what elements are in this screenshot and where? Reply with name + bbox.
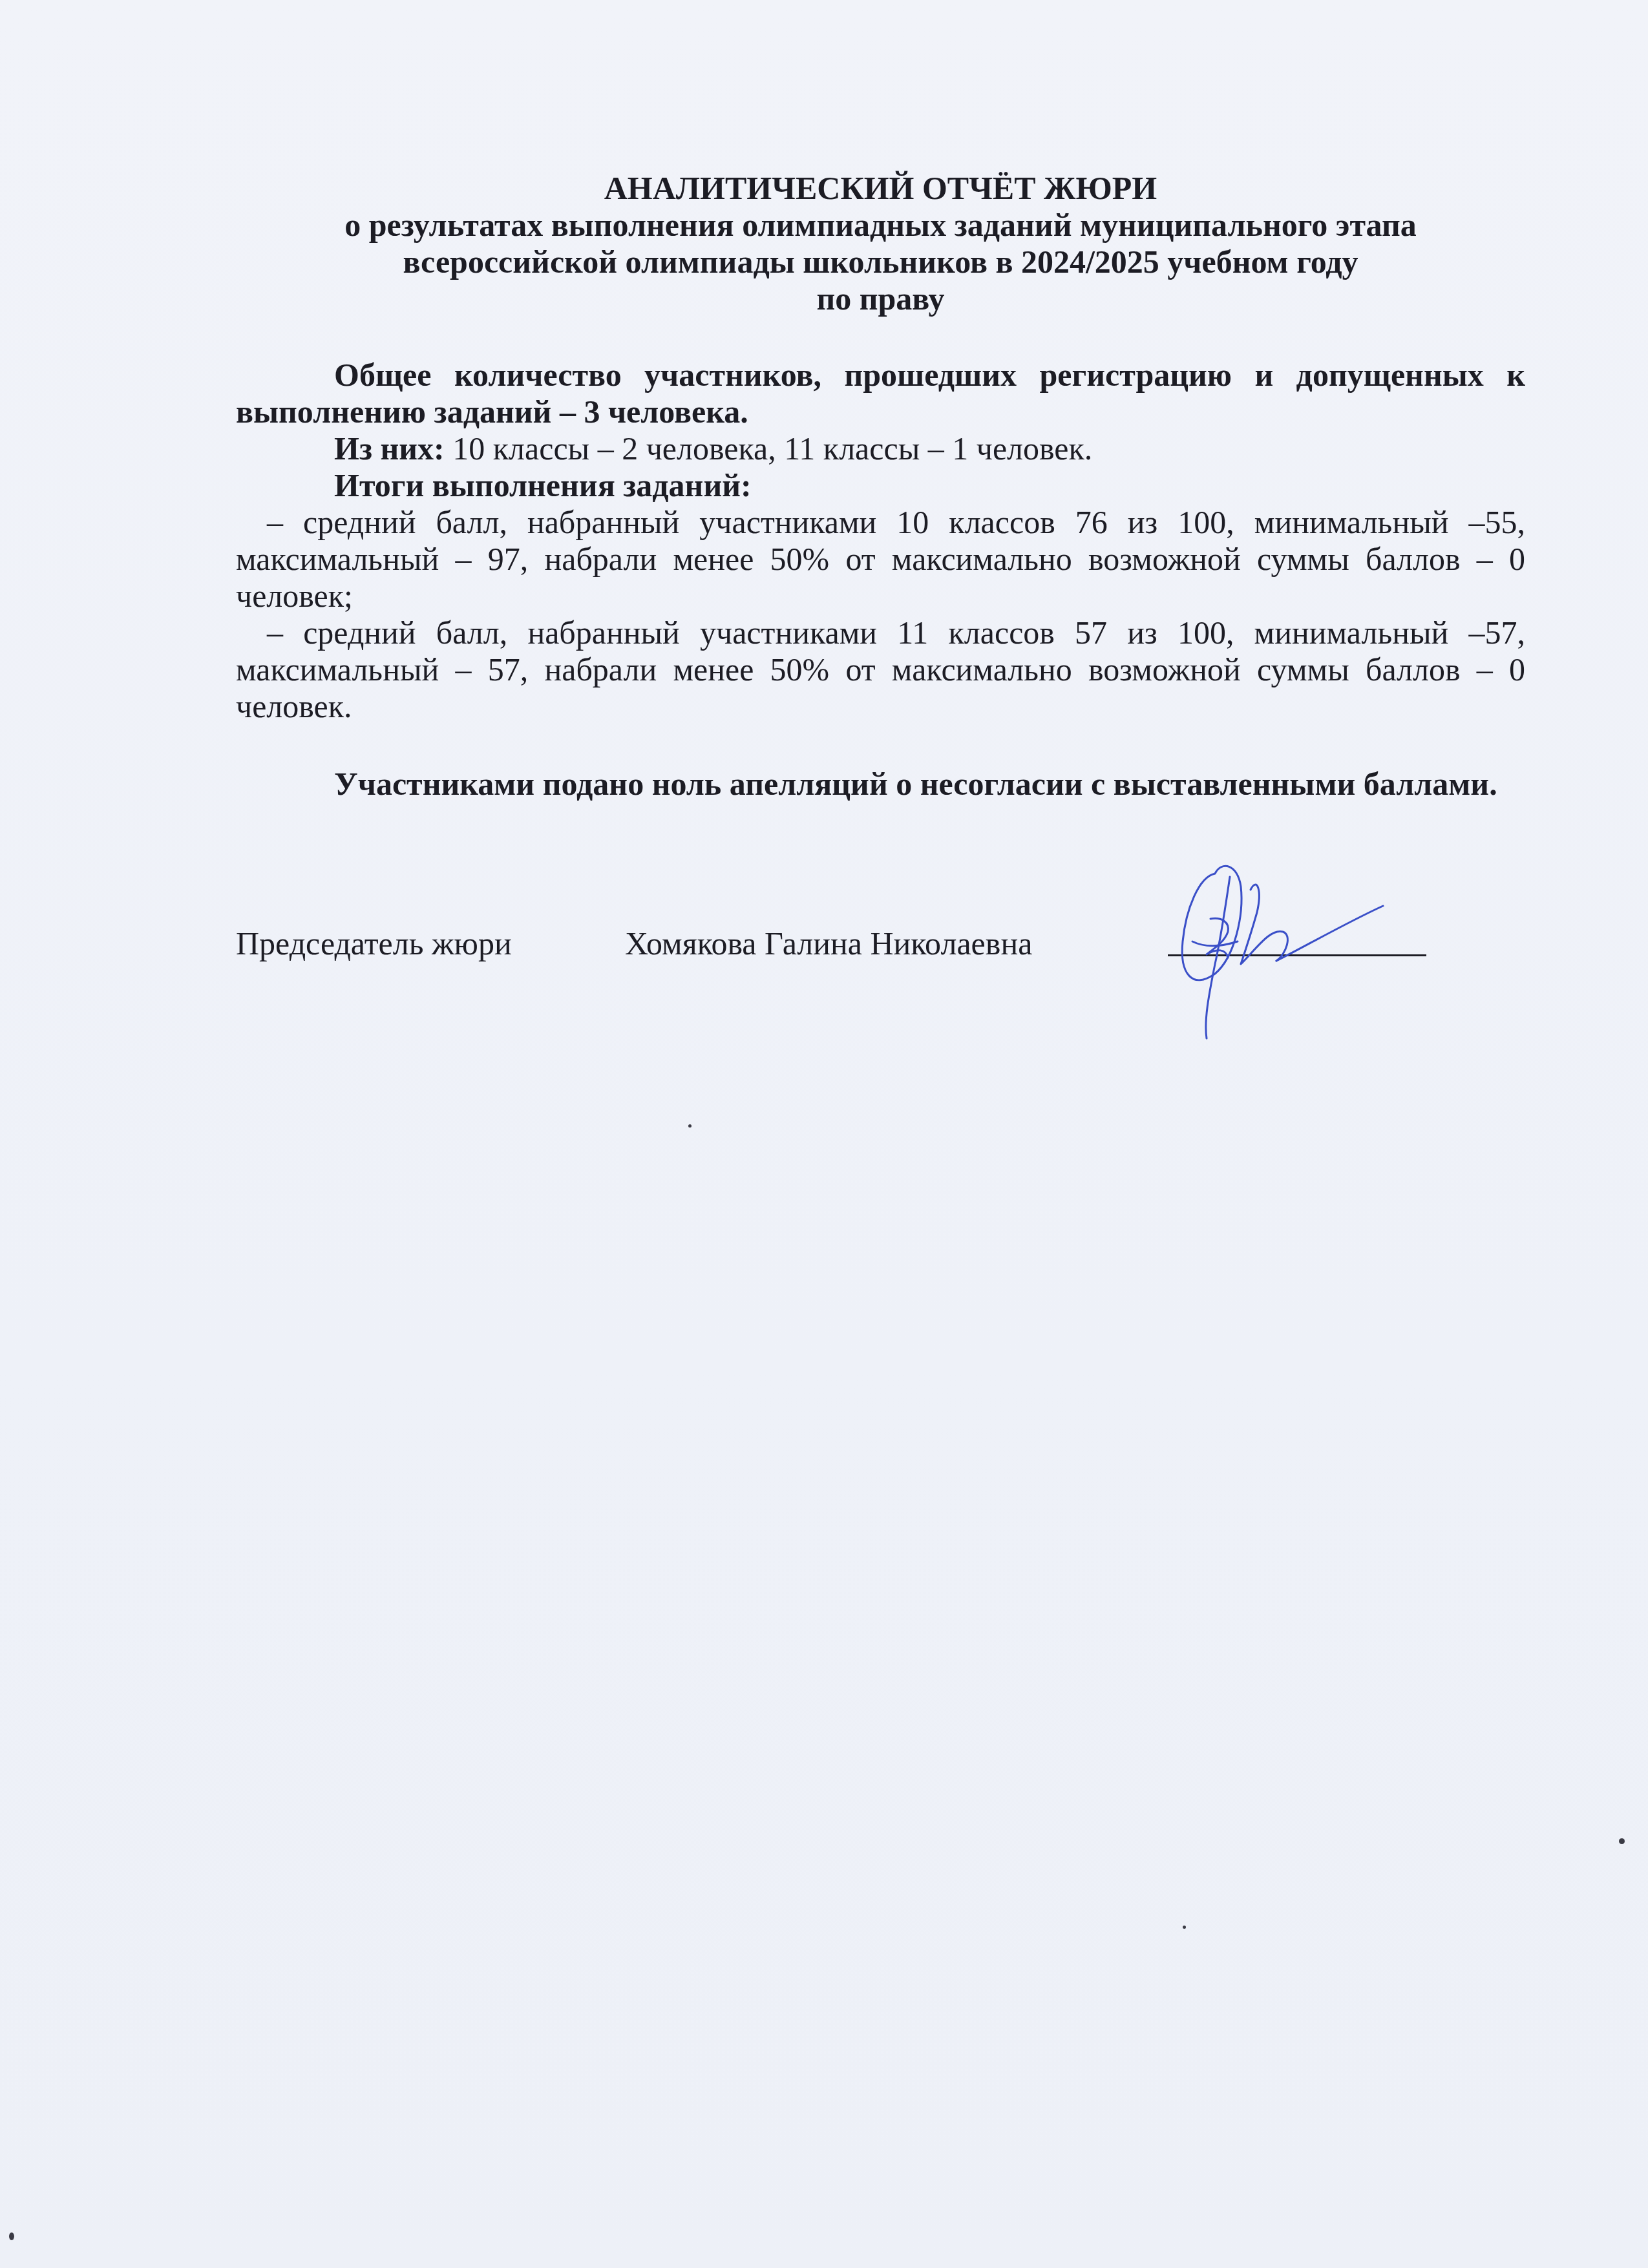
results-heading: Итоги выполнения заданий: <box>236 467 1525 504</box>
scan-speck <box>1619 1838 1625 1844</box>
report-subject: по праву <box>236 280 1525 317</box>
signatory-name: Хомякова Галина Николаевна <box>625 925 1032 962</box>
signature-block: Председатель жюри Хомякова Галина Никола… <box>236 925 1528 1003</box>
handwritten-signature-icon <box>1154 851 1399 1051</box>
report-body: Общее количество участников, прошедших р… <box>236 357 1525 725</box>
scan-speck <box>688 1124 692 1128</box>
breakdown-text: 10 классы – 2 человека, 11 классы – 1 че… <box>445 430 1093 467</box>
total-participants-paragraph: Общее количество участников, прошедших р… <box>236 357 1525 430</box>
breakdown-paragraph: Из них: 10 классы – 2 человека, 11 класс… <box>236 430 1525 467</box>
scan-speck <box>9 2232 14 2240</box>
report-subtitle-line-2: всероссийской олимпиады школьников в 202… <box>236 244 1525 280</box>
results-item-grade-10: – средний балл, набранный участниками 10… <box>236 504 1525 614</box>
document-page: АНАЛИТИЧЕСКИЙ ОТЧЁТ ЖЮРИ о результатах в… <box>0 0 1648 2268</box>
appeals-statement: Участниками подано ноль апелляций о несо… <box>334 766 1497 803</box>
breakdown-label: Из них: <box>334 430 445 467</box>
report-subtitle-line-1: о результатах выполнения олимпиадных зад… <box>236 207 1525 244</box>
signatory-role: Председатель жюри <box>236 925 512 962</box>
results-item-grade-11: – средний балл, набранный участниками 11… <box>236 614 1525 725</box>
scan-speck <box>1183 1926 1186 1929</box>
report-header: АНАЛИТИЧЕСКИЙ ОТЧЁТ ЖЮРИ о результатах в… <box>236 170 1525 317</box>
report-title: АНАЛИТИЧЕСКИЙ ОТЧЁТ ЖЮРИ <box>236 170 1525 207</box>
